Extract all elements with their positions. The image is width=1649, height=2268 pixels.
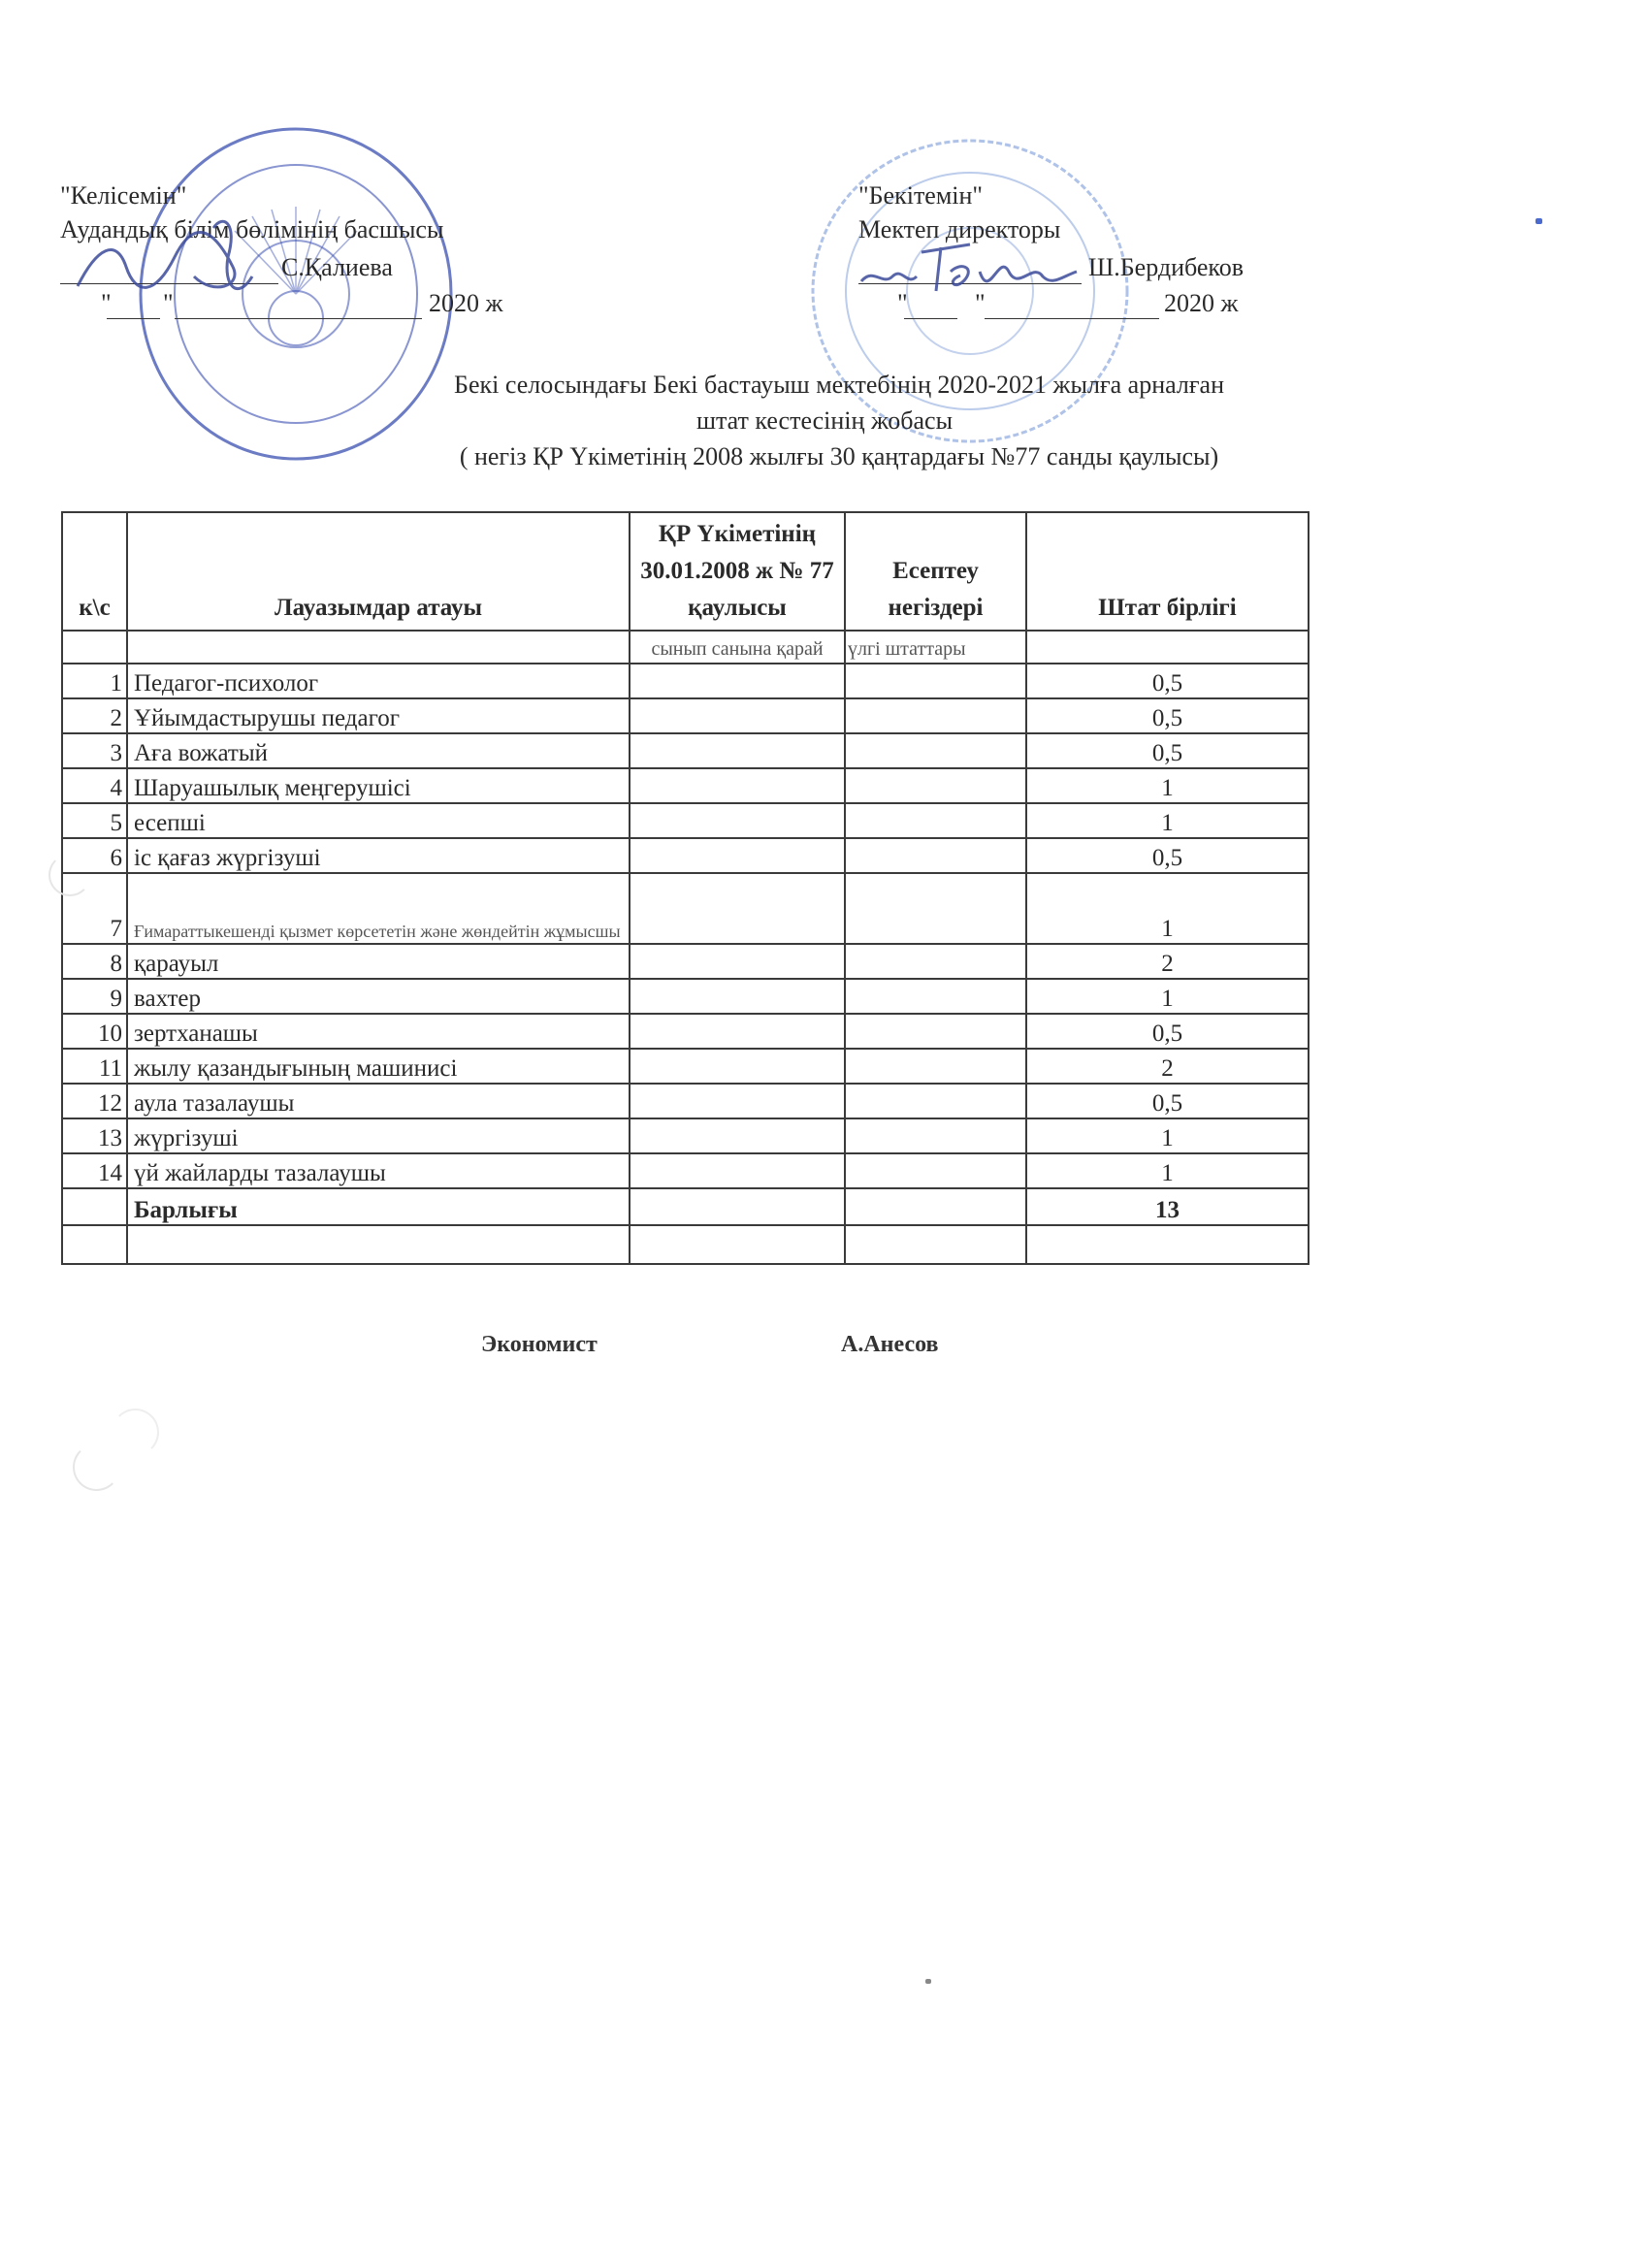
row-basis — [845, 698, 1026, 733]
punch-hole-mark — [112, 1409, 159, 1456]
approval-right-day-line — [904, 318, 957, 319]
row-basis — [845, 944, 1026, 979]
row-units: 0,5 — [1026, 733, 1309, 768]
table-row: 14үй жайларды тазалаушы1 — [62, 1153, 1309, 1188]
table-row: 3Аға вожатый0,5 — [62, 733, 1309, 768]
row-position: жылу қазандығының машинисі — [127, 1049, 630, 1084]
row-units: 1 — [1026, 979, 1309, 1014]
row-position: Ұйымдастырушы педагог — [127, 698, 630, 733]
row-resolution — [630, 698, 845, 733]
table-row: 11жылу қазандығының машинисі2 — [62, 1049, 1309, 1084]
row-resolution — [630, 979, 845, 1014]
table-row: 5есепші1 — [62, 803, 1309, 838]
row-units: 1 — [1026, 768, 1309, 803]
row-num: 14 — [62, 1153, 127, 1188]
row-num: 12 — [62, 1084, 127, 1118]
row-num: 5 — [62, 803, 127, 838]
row-num: 11 — [62, 1049, 127, 1084]
row-basis — [845, 873, 1026, 944]
row-resolution — [630, 664, 845, 698]
footer-role: Экономист — [481, 1332, 598, 1358]
row-position: үй жайларды тазалаушы — [127, 1153, 630, 1188]
approval-right-heading: "Бекітемін" — [858, 179, 983, 211]
table-row: 7Ғимараттыкешенді қызмет көрсететін және… — [62, 873, 1309, 944]
row-units: 0,5 — [1026, 1084, 1309, 1118]
row-position: қарауыл — [127, 944, 630, 979]
blank-cell — [630, 1225, 845, 1264]
table-row: 8қарауыл2 — [62, 944, 1309, 979]
row-position: Педагог-психолог — [127, 664, 630, 698]
table-blank-row — [62, 1225, 1309, 1264]
total-resolution — [630, 1188, 845, 1225]
row-num: 10 — [62, 1014, 127, 1049]
table-header-row: к\с Лауазымдар атауы ҚР Үкіметінің 30.01… — [62, 512, 1309, 631]
header-units: Штат бірлігі — [1026, 512, 1309, 631]
row-position: іс қағаз жүргізуші — [127, 838, 630, 873]
approval-left-date-quote-close: " — [163, 287, 174, 319]
table-row: 13жүргізуші1 — [62, 1118, 1309, 1153]
approval-right-name: Ш.Бердибеков — [1088, 251, 1244, 283]
row-position: Аға вожатый — [127, 733, 630, 768]
blank-cell — [845, 1225, 1026, 1264]
approval-left-year: 2020 ж — [429, 287, 502, 319]
row-resolution — [630, 803, 845, 838]
approval-right-signature-icon — [854, 233, 1086, 325]
header-num: к\с — [62, 512, 127, 631]
table-row: 2Ұйымдастырушы педагог0,5 — [62, 698, 1309, 733]
punch-hole-mark — [48, 854, 91, 896]
row-units: 2 — [1026, 944, 1309, 979]
subheader-position — [127, 631, 630, 664]
row-num: 9 — [62, 979, 127, 1014]
subheader-basis: үлгі штаттары — [845, 631, 1026, 664]
subheader-resolution: сынып санына қарай — [630, 631, 845, 664]
row-num: 13 — [62, 1118, 127, 1153]
row-resolution — [630, 768, 845, 803]
row-resolution — [630, 1014, 845, 1049]
table-row: 1Педагог-психолог0,5 — [62, 664, 1309, 698]
row-num: 2 — [62, 698, 127, 733]
row-basis — [845, 1118, 1026, 1153]
document-title-line1: Бекі селосындағы Бекі бастауыш мектебіні… — [0, 367, 1649, 403]
approval-left-name: С.Қалиева — [281, 251, 393, 283]
row-num: 8 — [62, 944, 127, 979]
row-position: вахтер — [127, 979, 630, 1014]
row-basis — [845, 838, 1026, 873]
row-resolution — [630, 1049, 845, 1084]
row-num: 4 — [62, 768, 127, 803]
row-resolution — [630, 944, 845, 979]
row-resolution — [630, 873, 845, 944]
approval-left-month-line — [175, 318, 422, 319]
punch-hole-mark — [73, 1443, 120, 1491]
row-basis — [845, 979, 1026, 1014]
footer-name: А.Анесов — [841, 1332, 938, 1358]
table-row: 10зертханашы0,5 — [62, 1014, 1309, 1049]
staff-table: к\с Лауазымдар атауы ҚР Үкіметінің 30.01… — [61, 511, 1309, 1265]
document-title-line3: ( негіз ҚР Үкіметінің 2008 жылғы 30 қаңт… — [0, 438, 1649, 474]
header-resolution: ҚР Үкіметінің 30.01.2008 ж № 77 қаулысы — [630, 512, 845, 631]
approval-left-date-quote-open: " — [101, 287, 112, 319]
approval-right-date-quote-close: " — [975, 287, 986, 319]
blank-cell — [62, 1225, 127, 1264]
row-basis — [845, 1049, 1026, 1084]
row-units: 0,5 — [1026, 664, 1309, 698]
header-basis: Есептеу негіздері — [845, 512, 1026, 631]
row-position: зертханашы — [127, 1014, 630, 1049]
approval-left-day-line — [107, 318, 160, 319]
row-num: 3 — [62, 733, 127, 768]
row-units: 1 — [1026, 803, 1309, 838]
row-basis — [845, 733, 1026, 768]
row-num: 1 — [62, 664, 127, 698]
approval-left-heading: "Келісемін" — [60, 179, 186, 211]
approval-right-month-line — [985, 318, 1159, 319]
blank-cell — [127, 1225, 630, 1264]
table-row: 4Шаруашылық меңгерушісі1 — [62, 768, 1309, 803]
total-label: Барлығы — [127, 1188, 630, 1225]
table-row: 6іс қағаз жүргізуші0,5 — [62, 838, 1309, 873]
table-row: 12аула тазалаушы0,5 — [62, 1084, 1309, 1118]
row-units: 2 — [1026, 1049, 1309, 1084]
row-position: есепші — [127, 803, 630, 838]
row-resolution — [630, 1153, 845, 1188]
scan-speck — [1536, 218, 1542, 224]
row-resolution — [630, 838, 845, 873]
subheader-num — [62, 631, 127, 664]
approval-right-year: 2020 ж — [1164, 287, 1238, 319]
total-units: 13 — [1026, 1188, 1309, 1225]
row-units: 0,5 — [1026, 698, 1309, 733]
row-basis — [845, 803, 1026, 838]
row-basis — [845, 1084, 1026, 1118]
row-resolution — [630, 733, 845, 768]
total-num — [62, 1188, 127, 1225]
table-total-row: Барлығы13 — [62, 1188, 1309, 1225]
scan-speck — [925, 1979, 931, 1984]
row-units: 0,5 — [1026, 838, 1309, 873]
header-position: Лауазымдар атауы — [127, 512, 630, 631]
row-units: 1 — [1026, 1118, 1309, 1153]
row-position: Шаруашылық меңгерушісі — [127, 768, 630, 803]
row-basis — [845, 664, 1026, 698]
row-resolution — [630, 1084, 845, 1118]
row-units: 1 — [1026, 873, 1309, 944]
row-position: аула тазалаушы — [127, 1084, 630, 1118]
row-basis — [845, 1153, 1026, 1188]
row-position: жүргізуші — [127, 1118, 630, 1153]
row-units: 0,5 — [1026, 1014, 1309, 1049]
row-basis — [845, 1014, 1026, 1049]
row-units: 1 — [1026, 1153, 1309, 1188]
row-basis — [845, 768, 1026, 803]
document-title-line2: штат кестесінің жобасы — [0, 403, 1649, 438]
row-position: Ғимараттыкешенді қызмет көрсететін және … — [127, 873, 630, 944]
table-subheader-row: сынып санына қарай үлгі штаттары — [62, 631, 1309, 664]
row-resolution — [630, 1118, 845, 1153]
subheader-units — [1026, 631, 1309, 664]
table-row: 9вахтер1 — [62, 979, 1309, 1014]
total-basis — [845, 1188, 1026, 1225]
approval-right-date-quote-open: " — [897, 287, 908, 319]
blank-cell — [1026, 1225, 1309, 1264]
